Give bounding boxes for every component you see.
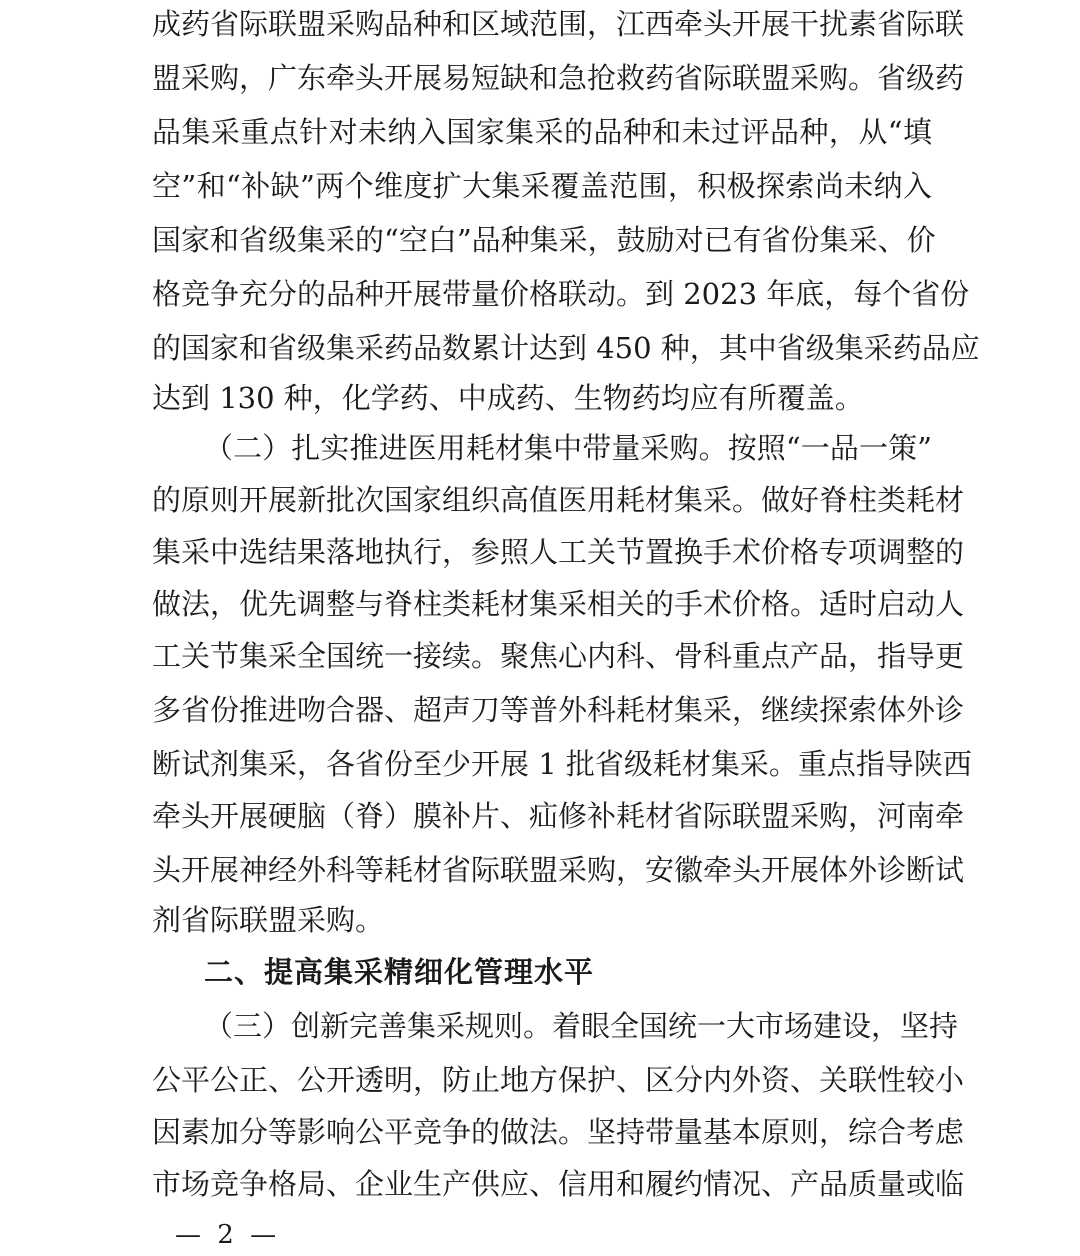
paragraph-line: 空”和“补缺”两个维度扩大集采覆盖范围，积极探索尚未纳入 — [152, 166, 932, 206]
section-item-2-heading-line: （二）扎实推进医用耗材集中带量采购。按照“一品一策” — [204, 428, 932, 468]
section-heading: 二、提高集采精细化管理水平 — [204, 952, 932, 992]
paragraph-line: 市场竞争格局、企业生产供应、信用和履约情况、产品质量或临 — [152, 1164, 932, 1204]
section-item-3-heading-line: （三）创新完善集采规则。着眼全国统一大市场建设，坚持 — [204, 1006, 932, 1046]
paragraph-line: 盟采购，广东牵头开展易短缺和急抢救药省际联盟采购。省级药 — [152, 58, 932, 98]
paragraph-line: 断试剂集采，各省份至少开展 1 批省级耗材集采。重点指导陕西 — [152, 744, 932, 784]
paragraph-line: 公平公正、公开透明，防止地方保护、区分内外资、关联性较小 — [152, 1060, 932, 1100]
paragraph-line: 头开展神经外科等耗材省际联盟采购，安徽牵头开展体外诊断试 — [152, 850, 932, 890]
paragraph-line: 做法，优先调整与脊柱类耗材集采相关的手术价格。适时启动人 — [152, 584, 932, 624]
paragraph-line: 品集采重点针对未纳入国家集采的品种和未过评品种，从“填 — [152, 112, 932, 152]
paragraph-line: 因素加分等影响公平竞争的做法。坚持带量基本原则，综合考虑 — [152, 1112, 932, 1152]
paragraph-line: 国家和省级集采的“空白”品种集采，鼓励对已有省份集采、价 — [152, 220, 932, 260]
paragraph-line: 集采中选结果落地执行，参照人工关节置换手术价格专项调整的 — [152, 532, 932, 572]
paragraph-line: 达到 130 种，化学药、中成药、生物药均应有所覆盖。 — [152, 378, 932, 418]
paragraph-line: 牵头开展硬脑（脊）膜补片、疝修补耗材省际联盟采购，河南牵 — [152, 796, 932, 836]
paragraph-line: 成药省际联盟采购品种和区域范围，江西牵头开展干扰素省际联 — [152, 4, 932, 44]
paragraph-line: 剂省际联盟采购。 — [152, 900, 932, 940]
paragraph-line: 格竞争充分的品种开展带量价格联动。到 2023 年底，每个省份 — [152, 274, 932, 314]
paragraph-line: 多省份推进吻合器、超声刀等普外科耗材集采，继续探索体外诊 — [152, 690, 932, 730]
paragraph-line: 的国家和省级集采药品数累计达到 450 种，其中省级集采药品应 — [152, 328, 932, 368]
paragraph-line: 的原则开展新批次国家组织高值医用耗材集采。做好脊柱类耗材 — [152, 480, 932, 520]
page-number: — 2 — — [175, 1218, 276, 1252]
paragraph-line: 工关节集采全国统一接续。聚焦心内科、骨科重点产品，指导更 — [152, 636, 932, 676]
